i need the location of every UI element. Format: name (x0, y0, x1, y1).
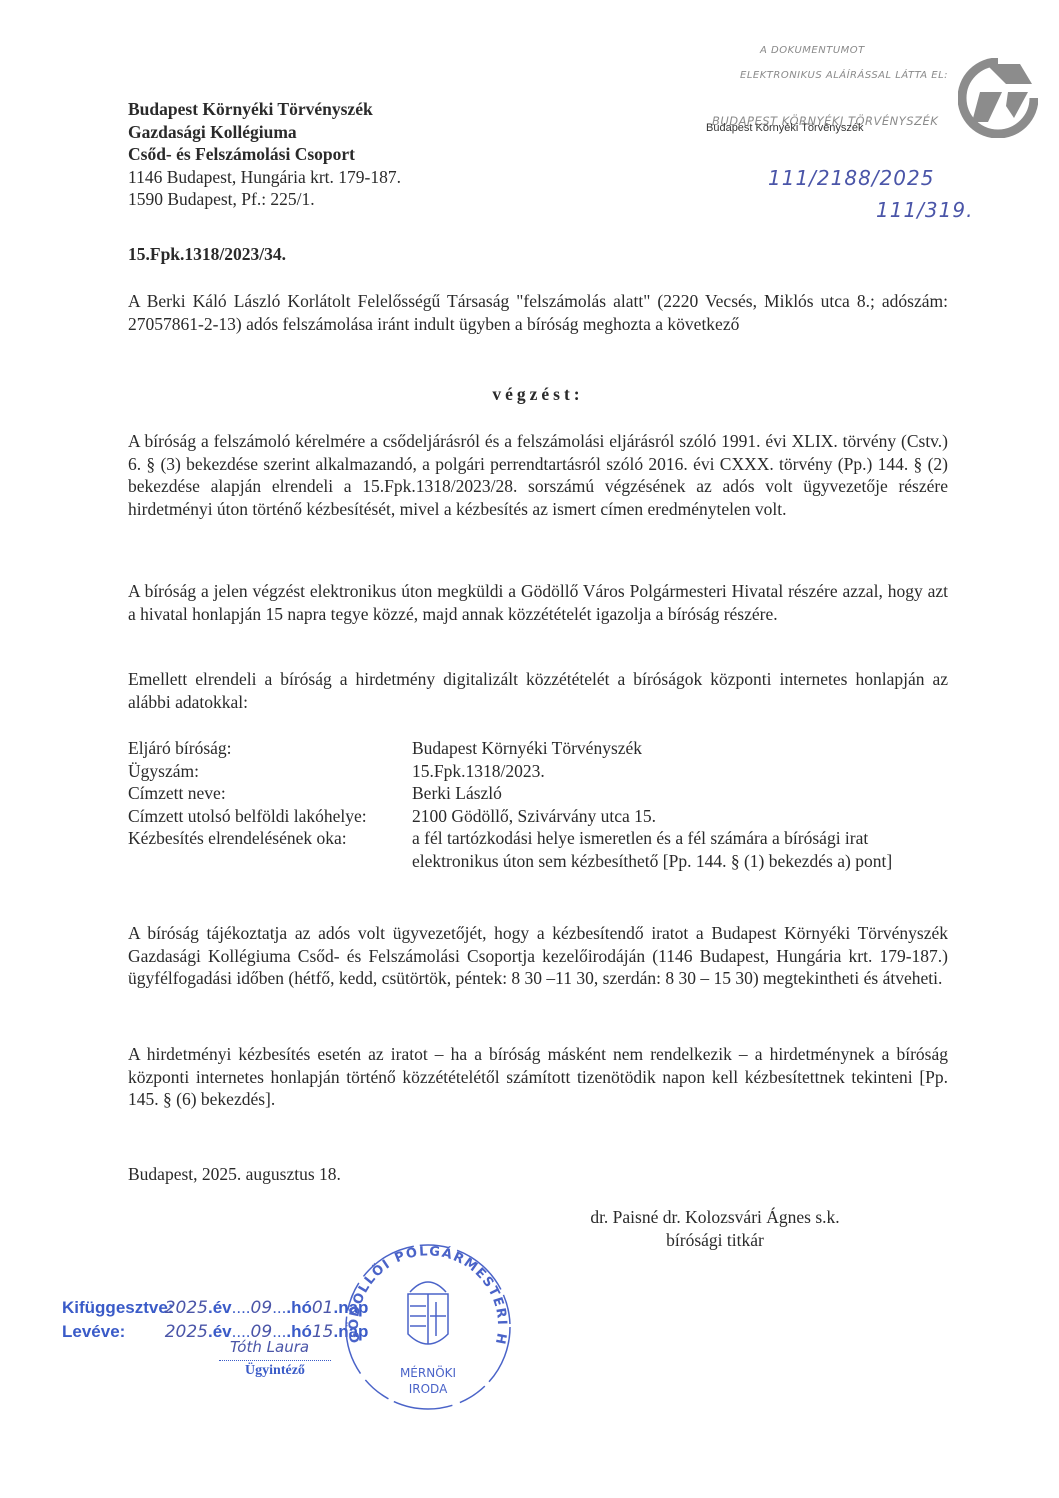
removed-label: Levéve: (62, 1320, 160, 1344)
clerk-block: Ügyintéző (215, 1360, 335, 1379)
row-value: Berki László (412, 782, 952, 805)
seal-center-line1: MÉRNÖKI (400, 1364, 456, 1380)
table-row: Címzett utolsó belföldi lakóhelye: 2100 … (128, 805, 952, 828)
paragraph-4: A bíróság tájékoztatja az adós volt ügyv… (128, 922, 948, 990)
row-label: Címzett neve: (128, 782, 412, 805)
posted-row: Kifüggesztve: 2025.év....09....hó01.nap (62, 1296, 368, 1320)
removed-row: Levéve: 2025.év....09....hó15.nap (62, 1320, 368, 1344)
row-value: 15.Fpk.1318/2023. (412, 760, 952, 783)
case-number: 15.Fpk.1318/2023/34. (128, 244, 286, 265)
row-label: Címzett utolsó belföldi lakóhelye: (128, 805, 412, 828)
signature-block: dr. Paisné dr. Kolozsvári Ágnes s.k. bír… (550, 1206, 880, 1251)
row-value: Budapest Környéki Törvényszék (412, 737, 952, 760)
court-logo-icon (958, 58, 1038, 138)
notice-data-table: Eljáró bíróság: Budapest Környéki Törvén… (128, 737, 952, 872)
court-postal-address: 1590 Budapest, Pf.: 225/1. (128, 188, 401, 211)
table-row: Ügyszám: 15.Fpk.1318/2023. (128, 760, 952, 783)
court-college: Gazdasági Kollégiuma (128, 121, 401, 144)
esign-line1: A DOKUMENTUMOT (760, 45, 865, 56)
paragraph-2: A bíróság a jelen végzést elektronikus ú… (128, 580, 948, 625)
signature-line (219, 1360, 331, 1361)
posted-day: 01 (312, 1298, 334, 1318)
removed-day: 15 (312, 1322, 334, 1342)
paragraph-3: Emellett elrendeli a bíróság a hirdetmén… (128, 668, 948, 713)
intro-paragraph: A Berki Káló László Korlátolt Felelősség… (128, 290, 948, 335)
row-value: 2100 Gödöllő, Szivárvány utca 15. (412, 805, 952, 828)
esign-overlay-text: Budapest Környéki Törvényszék (706, 122, 864, 134)
clerk-label: Ügyintéző (215, 1363, 335, 1379)
esign-line2: ELEKTRONIKUS ALÁÍRÁSSAL LÁTTA EL: (740, 70, 948, 81)
table-row: Kézbesítés elrendelésének oka: a fél tar… (128, 827, 952, 872)
row-label: Ügyszám: (128, 760, 412, 783)
table-row: Címzett neve: Berki László (128, 782, 952, 805)
court-group: Csőd- és Felszámolási Csoport (128, 143, 401, 166)
registry-subnumber-handwritten: 111/319. (876, 198, 973, 222)
paragraph-1: A bíróság a felszámoló kérelmére a csőde… (128, 430, 948, 520)
row-value: a fél tartózkodási helye ismeretlen és a… (412, 827, 952, 872)
svg-text:GÖDÖLLŐI POLGÁRMESTERI HIVATAL: GÖDÖLLŐI POLGÁRMESTERI HIVATAL (338, 1232, 509, 1347)
court-name: Budapest Környéki Törvényszék (128, 98, 401, 121)
court-header: Budapest Környéki Törvényszék Gazdasági … (128, 98, 401, 211)
seal-ring-text: GÖDÖLLŐI POLGÁRMESTERI HIVATAL (338, 1232, 509, 1347)
removed-year: 2025 (165, 1322, 208, 1342)
court-address: 1146 Budapest, Hungária krt. 179-187. (128, 166, 401, 189)
registry-number-handwritten: 111/2188/2025 (768, 166, 934, 190)
clerk-signature-handwritten: Tóth Laura (230, 1338, 309, 1356)
place-date: Budapest, 2025. augusztus 18. (128, 1163, 948, 1186)
paragraph-5: A hirdetményi kézbesítés esetén az irato… (128, 1043, 948, 1111)
municipal-seal: GÖDÖLLŐI POLGÁRMESTERI HIVATAL MÉRNÖKI I… (338, 1232, 518, 1412)
posted-year: 2025 (165, 1298, 208, 1318)
row-label: Kézbesítés elrendelésének oka: (128, 827, 412, 872)
signatory-role: bírósági titkár (550, 1229, 880, 1252)
table-row: Eljáró bíróság: Budapest Környéki Törvén… (128, 737, 952, 760)
document-title: végzést: (128, 384, 948, 405)
hungarian-coat-of-arms-icon (408, 1282, 448, 1344)
posted-label: Kifüggesztve: (62, 1296, 160, 1320)
signatory-name: dr. Paisné dr. Kolozsvári Ágnes s.k. (550, 1206, 880, 1229)
posted-month: 09 (251, 1298, 273, 1318)
seal-center-line2: IRODA (409, 1382, 448, 1396)
row-label: Eljáró bíróság: (128, 737, 412, 760)
posting-stamp: Kifüggesztve: 2025.év....09....hó01.nap … (62, 1296, 368, 1344)
